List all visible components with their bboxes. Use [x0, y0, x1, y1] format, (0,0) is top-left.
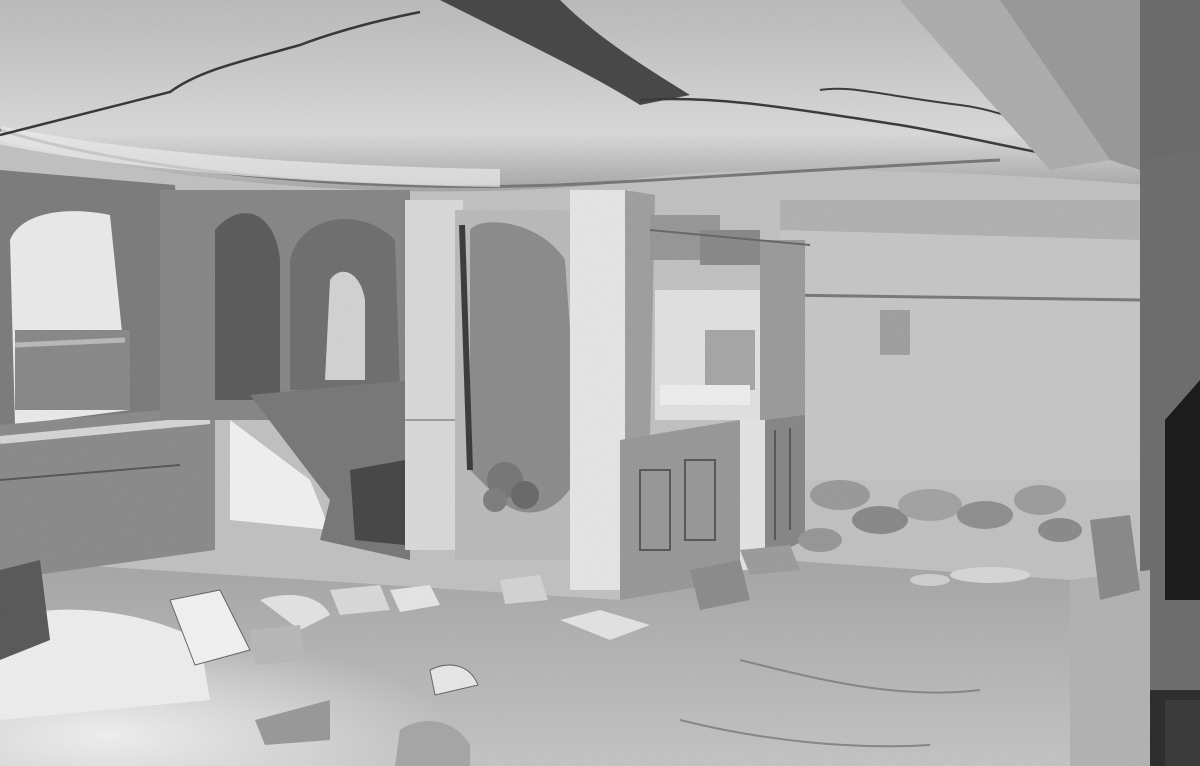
ruined-interior-drawing: Drawing of a ruined vaulted interior wit…	[0, 0, 1200, 766]
back-wall	[780, 200, 1140, 480]
scene-svg	[0, 0, 1200, 766]
square-stone-pillar	[405, 200, 463, 550]
large-arched-opening	[455, 210, 590, 560]
